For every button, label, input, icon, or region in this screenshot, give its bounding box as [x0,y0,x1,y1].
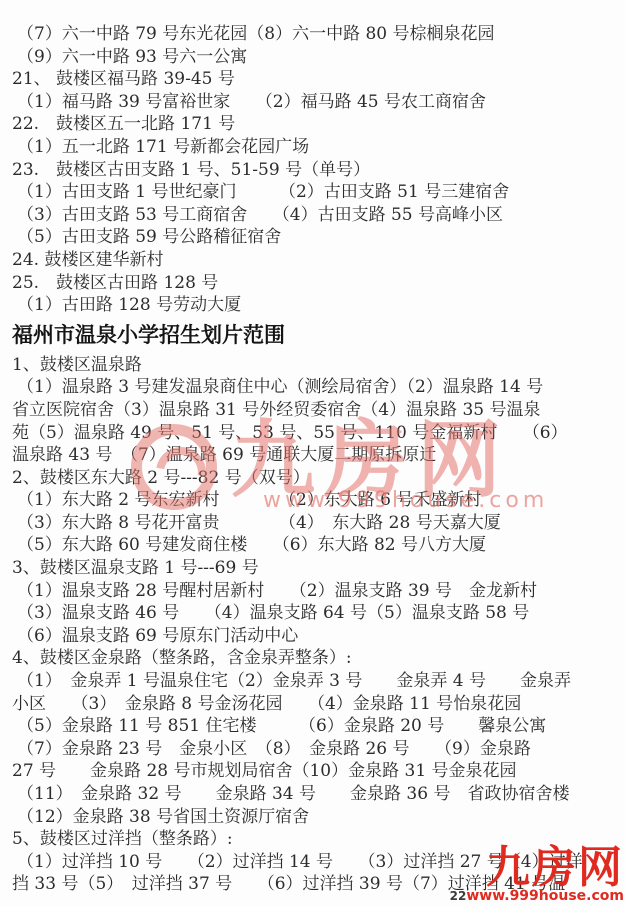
text-line: 小区 （3） 金泉路 8 号金汤花园 （4）金泉路 11 号怡泉花园 [0,693,625,716]
section-title: 福州市温泉小学招生划片范围 [0,321,625,348]
text-line: 25. 鼓楼区古田路 128 号 [0,272,625,295]
text-line: （1）温泉支路 28 号醒村居新村 （2）温泉支路 39 号 金龙新村 [0,580,625,603]
text-line: （7）六一中路 79 号东光花园（8）六一中路 80 号棕榈泉花园 [0,23,625,46]
text-line: （3）东大路 8 号花开富贵 （4） 东大路 28 号天嘉大厦 [0,512,625,535]
text-line: 21、 鼓楼区福马路 39-45 号 [0,68,625,91]
text-line: 22. 鼓楼区五一北路 171 号 [0,113,625,136]
text-line: （9）六一中路 93 号六一公寓 [0,46,625,69]
text-line: 省立医院宿舍（3）温泉路 31 号外经贸委宿舍（4）温泉路 35 号温泉 [0,399,625,422]
text-line: 4、鼓楼区金泉路（整条路，含金泉弄整条）: [0,647,625,670]
text-line: （1）福马路 39 号富裕世家 （2）福马路 45 号农工商宿舍 [0,91,625,114]
text-line: （1）古田支路 1 号世纪豪门 （2）古田支路 51 号三建宿舍 [0,181,625,204]
text-line: 27 号 金泉路 28 号市规划局宿舍（10）金泉路 31 号金泉花园 [0,760,625,783]
text-line: （5）东大路 60 号建发商住楼 （6）东大路 82 号八方大厦 [0,534,625,557]
text-line: 温泉路 43 号 （7）温泉路 69 号通联大厦二期原拆原迁 [0,444,625,467]
text-line: （1）五一北路 171 号新都会花园广场 [0,136,625,159]
text-line: （11） 金泉路 32 号 金泉路 34 号 金泉路 36 号 省政协宿舍楼 [0,783,625,806]
text-line: 苑（5）温泉路 49 号、51 号、53 号、55 号、110 号金福新村 （6… [0,422,625,445]
text-line: （6）温泉支路 69 号原东门活动中心 [0,625,625,648]
text-line: （1）过洋挡 10 号 （2）过洋挡 14 号 （3）过洋挡 27 号（4）过洋 [0,851,625,874]
text-line: 挡 33 号（5） 过洋挡 37 号 （6）过洋挡 39 号（7）过洋挡 41 … [0,873,625,896]
text-line: （5）古田支路 59 号公路稽征宿舍 [0,226,625,249]
text-line: （5）金泉路 11 号 851 住宅楼 （6）金泉路 20 号 馨泉公寓 [0,715,625,738]
text-line: （1）古田路 128 号劳动大厦 [0,294,625,317]
text-line: （3）温泉支路 46 号 （4）温泉支路 64 号（5）温泉支路 58 号 [0,602,625,625]
text-line: （1）东大路 2 号东宏新村 （2）东大路 6 号禾盛新村 [0,489,625,512]
text-line: 3、鼓楼区温泉支路 1 号---69 号 [0,557,625,580]
text-line: 23. 鼓楼区古田支路 1 号、51-59 号（单号） [0,159,625,182]
text-line: 1、鼓楼区温泉路 [0,354,625,377]
text-line: （12）金泉路 38 号省国土资源厅宿舍 [0,806,625,829]
text-line: 2、鼓楼区东大路 2 号---82 号（双号） [0,467,625,490]
text-line: （7）金泉路 23 号 金泉小区 （8） 金泉路 26 号 （9）金泉路 [0,738,625,761]
text-line: （1）温泉路 3 号建发温泉商住中心（测绘局宿舍）（2）温泉路 14 号 [0,376,625,399]
text-line: 5、鼓楼区过洋挡（整条路）: [0,828,625,851]
text-line: （3）古田支路 53 号工商宿舍 （4）古田支路 55 号高峰小区 [0,204,625,227]
document-body: （7）六一中路 79 号东光花园（8）六一中路 80 号棕榈泉花园（9）六一中路… [0,23,625,896]
text-line: 24. 鼓楼区建华新村 [0,249,625,272]
text-line: （1） 金泉弄 1 号温泉住宅（2）金泉弄 3 号 金泉弄 4 号 金泉弄 [0,670,625,693]
document-page: （7）六一中路 79 号东光花园（8）六一中路 80 号棕榈泉花园（9）六一中路… [0,0,625,906]
